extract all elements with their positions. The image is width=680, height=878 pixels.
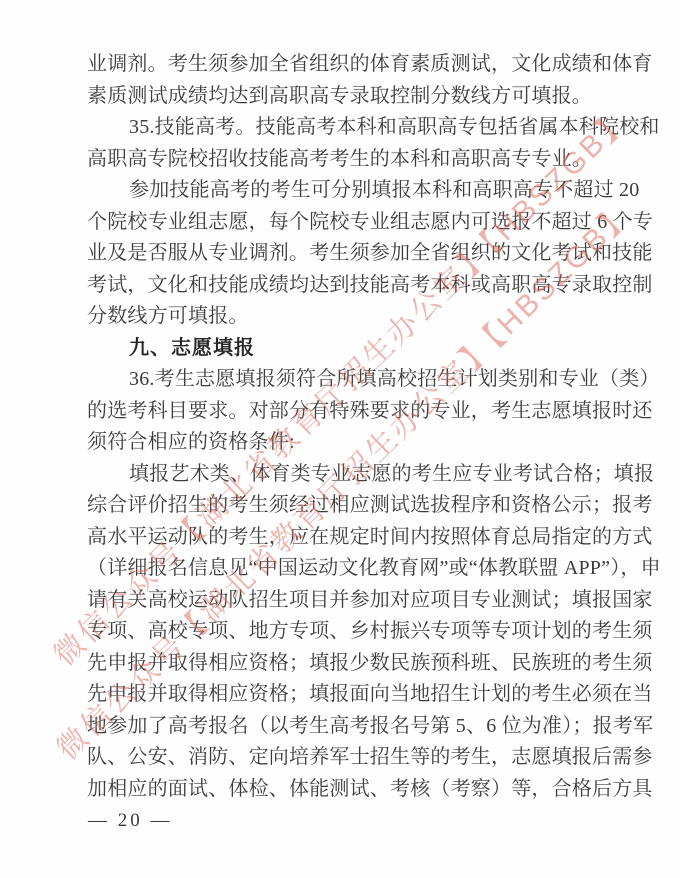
text-line: 先申报并取得相应资格；填报面向当地招生计划的考生必须在当 xyxy=(87,679,632,711)
text-line: 请有关高校运动队招生项目并参加对应项目专业测试；填报国家 xyxy=(87,585,632,617)
text-line: 综合评价招生的考生须经过相应测试选拔程序和资格公示；报考 xyxy=(87,490,632,522)
text-line: 须符合相应的资格条件: xyxy=(87,427,632,459)
text-line: 35.技能高考。技能高考本科和高职高专包括省属本科院校和 xyxy=(87,112,632,144)
text-line: 业调剂。考生须参加全省组织的体育素质测试，文化成绩和体育 xyxy=(87,49,632,81)
text-line: （详细报名信息见“中国运动文化教育网”或“体教联盟 APP”），申 xyxy=(87,553,632,585)
section-heading: 九、志愿填报 xyxy=(87,333,632,365)
text-line: 素质测试成绩均达到高职高专录取控制分数线方可填报。 xyxy=(87,81,632,113)
page-footer: — 20 — xyxy=(88,810,173,832)
text-line: 分数线方可填报。 xyxy=(87,301,632,333)
text-line: 36.考生志愿填报须符合所填高校招生计划类别和专业（类） xyxy=(87,364,632,396)
text-line: 地参加了高考报名（以考生高考报名号第 5、6 位为准）；报考军 xyxy=(87,711,632,743)
text-line: 考试，文化和技能成绩均达到技能高考本科或高职高专录取控制 xyxy=(87,270,632,302)
text-line: 高水平运动队的考生，应在规定时间内按照体育总局指定的方式 xyxy=(87,522,632,554)
text-line: 个院校专业组志愿，每个院校专业组志愿内可选报不超过 6 个专 xyxy=(87,207,632,239)
document-body: 业调剂。考生须参加全省组织的体育素质测试，文化成绩和体育 素质测试成绩均达到高职… xyxy=(87,49,632,805)
text-line: 填报艺术类、体育类专业志愿的考生应专业考试合格；填报 xyxy=(87,459,632,491)
text-line: 加相应的面试、体检、体能测试、考核（考察）等，合格后方具 xyxy=(87,774,632,806)
text-line: 队、公安、消防、定向培养军士招生等的考生，志愿填报后需参 xyxy=(87,742,632,774)
text-line: 业及是否服从专业调剂。考生须参加全省组织的文化考试和技能 xyxy=(87,238,632,270)
text-line: 高职高专院校招收技能高考考生的本科和高职高专专业。 xyxy=(87,144,632,176)
text-line: 先申报并取得相应资格；填报少数民族预科班、民族班的考生须 xyxy=(87,648,632,680)
text-line: 专项、高校专项、地方专项、乡村振兴专项等专项计划的考生须 xyxy=(87,616,632,648)
document-page: 业调剂。考生须参加全省组织的体育素质测试，文化成绩和体育 素质测试成绩均达到高职… xyxy=(0,0,680,878)
text-line: 参加技能高考的考生可分别填报本科和高职高专不超过 20 xyxy=(87,175,632,207)
text-line: 的选考科目要求。对部分有特殊要求的专业，考生志愿填报时还 xyxy=(87,396,632,428)
